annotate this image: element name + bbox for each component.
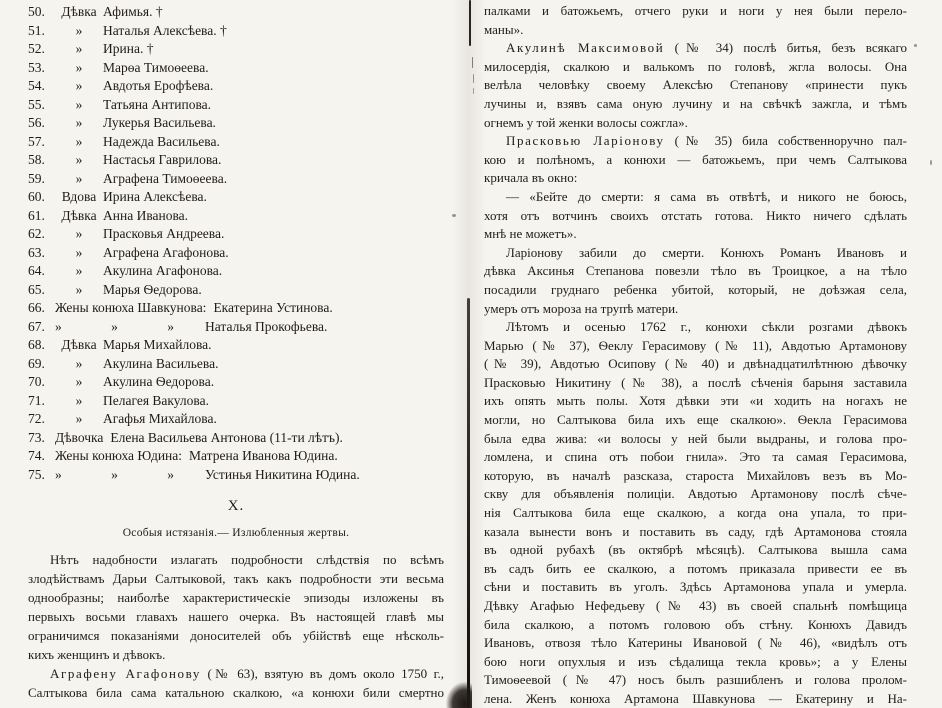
text-segment: была едва жива: «и волосы у ней были выд…	[484, 431, 907, 446]
list-item-category: Жены конюха Юдина:	[55, 447, 182, 466]
text-segment: умеръ отъ мороза на трупѣ матери.	[484, 301, 678, 316]
list-item-category: »	[55, 392, 103, 411]
list-item-name: Акулина Васильева.	[103, 355, 219, 374]
list-item-category: »	[55, 373, 103, 392]
text-segment: Лѣтомъ и осенью 1762 г., конюхи сѣкли ро…	[506, 319, 907, 334]
list-item-number: 73.	[28, 429, 55, 448]
list-item: 73.ДѣвочкаЕлена Васильева Антонова (11-т…	[28, 429, 444, 448]
book-page: 50.ДѣвкаАфимья. †51.»Наталья Алексѣева. …	[0, 0, 942, 708]
list-item: 60.ВдоваИрина Алексѣева.	[28, 188, 444, 207]
gutter-crease-dash	[473, 88, 474, 94]
text-segment: дѣвка Аксинья Степанова повезли тѣло въ …	[484, 263, 907, 278]
list-item: 61.ДѣвкаАнна Иванова.	[28, 207, 444, 226]
text-line: Ларіонову забили до смерти. Конюхъ Роман…	[484, 244, 907, 263]
list-item-number: 60.	[28, 188, 55, 207]
list-item-number: 50.	[28, 3, 55, 22]
left-column: 50.ДѣвкаАфимья. †51.»Наталья Алексѣева. …	[28, 0, 444, 702]
list-item-name: Марѳа Тимоѳеева.	[103, 59, 209, 78]
text-line: умеръ отъ мороза на трупѣ матери.	[484, 300, 907, 319]
list-item: 70.»Акулина Ѳедорова.	[28, 373, 444, 392]
text-line: скву для объявленія полиціи. Авдотью Арт…	[484, 485, 907, 504]
text-segment: (№ 39), Авдотью Осипову (№ 40) и двѣнадц…	[484, 356, 907, 371]
text-segment: Ивановъ, отвозя тѣло Катерины Ивановой (…	[484, 635, 907, 650]
ink-blot	[446, 682, 472, 708]
text-line: ломлена, и спина отъ побои гнила». Это т…	[484, 448, 907, 467]
list-item-name: Лукерья Васильева.	[103, 114, 216, 133]
list-item: 59.»Аграфена Тимоѳеева.	[28, 170, 444, 189]
list-item: 51.»Наталья Алексѣева. †	[28, 22, 444, 41]
text-line: Тимоѳеевой (№ 47) носъ былъ разшибленъ и…	[484, 671, 907, 690]
text-segment: Салтыкова била сама катальною скалкою, «…	[28, 685, 444, 700]
text-segment: кою и полѣномъ, а конюхи — батожьемъ, пр…	[484, 152, 907, 167]
text-line: Лѣтомъ и осенью 1762 г., конюхи сѣкли ро…	[484, 318, 907, 337]
text-segment: Тимоѳеевой (№ 47) носъ былъ разшибленъ и…	[484, 672, 907, 687]
list-item-category: Вдова	[55, 188, 103, 207]
text-line: маны».	[484, 21, 907, 40]
paper-speck	[452, 214, 456, 217]
right-paragraphs: палками и батожьемъ, отчего руки и ноги …	[484, 2, 907, 708]
list-item: 64.»Акулина Агафонова.	[28, 262, 444, 281]
text-line: лучины и, взявъ сама оную лучину и на св…	[484, 95, 907, 114]
list-item-number: 69.	[28, 355, 55, 374]
text-segment: кричала въ окно:	[484, 170, 577, 185]
list-item-category: »	[55, 244, 103, 263]
list-item-name: Наталья Алексѣева. †	[103, 22, 227, 41]
right-column: палками и батожьемъ, отчего руки и ноги …	[484, 0, 907, 708]
list-item-number: 53.	[28, 59, 55, 78]
text-segment: посадили груднаго ребенка убитой, которы…	[484, 282, 907, 297]
list-item-category: Дѣвка	[55, 207, 103, 226]
text-line: нія Салтыкова била еще скалкою, а когда …	[484, 504, 907, 523]
list-item: 69.»Акулина Васильева.	[28, 355, 444, 374]
list-item: 50.ДѣвкаАфимья. †	[28, 3, 444, 22]
list-item-number: 74.	[28, 447, 55, 466]
text-line: огнемъ у той женки волосы сожгла».	[484, 114, 907, 133]
text-line: которую, въ началѣ разсказа, староста Ми…	[484, 467, 907, 486]
list-item-number: 67.	[28, 318, 55, 337]
text-line: Прасковью Ларіонову (№ 35) била собствен…	[484, 132, 907, 151]
text-segment: лучины и, взявъ сама оную лучину и на св…	[484, 96, 907, 111]
text-segment: могли, но Салтыкова била ихъ еще скалкою…	[484, 412, 907, 427]
text-line: милосердія, скалкою и валькомъ по головѣ…	[484, 58, 907, 77]
list-item-name: Матрена Иванова Юдина.	[189, 447, 338, 466]
gutter-crease-dash	[472, 57, 473, 68]
list-item-number: 52.	[28, 40, 55, 59]
list-item: 74.Жены конюха Юдина:Матрена Иванова Юди…	[28, 447, 444, 466]
text-segment: Марью (№ 37), Ѳеклу Герасимову (№ 11), А…	[484, 338, 907, 353]
text-line: мнѣ не можетъ».	[484, 225, 907, 244]
paragraph: палками и батожьемъ, отчего руки и ноги …	[484, 2, 907, 39]
list-item-number: 63.	[28, 244, 55, 263]
text-segment: нія Салтыкова била еще скалкою, а когда …	[484, 505, 907, 520]
text-line: ихъ опять мыть полы. Хотя дѣвки эти «и х…	[484, 392, 907, 411]
victims-list: 50.ДѣвкаАфимья. †51.»Наталья Алексѣева. …	[28, 0, 444, 484]
text-line: злодѣйствамъ Дарьи Салтыковой, такъ какъ…	[28, 569, 444, 588]
list-item: 58.»Настасья Гаврилова.	[28, 151, 444, 170]
list-item: 56.»Лукерья Васильева.	[28, 114, 444, 133]
text-line: казала вынести вонъ и поставить въ саду,…	[484, 523, 907, 542]
list-item-name: Марья Ѳедорова.	[103, 281, 202, 300]
list-item-category: »	[55, 40, 103, 59]
list-item-name: Акулина Ѳедорова.	[103, 373, 214, 392]
text-segment: велѣла человѣку своему Алексѣю Степанову…	[484, 77, 907, 92]
paragraph: Акулинѣ Максимовой (№ 34) послѣ битья, б…	[484, 39, 907, 132]
list-item-number: 54.	[28, 77, 55, 96]
text-line: Дѣвку Агафью Нефедьеву (№ 43) въ своей с…	[484, 597, 907, 616]
list-item: 52.»Ирина. †	[28, 40, 444, 59]
list-item-category: »	[55, 281, 103, 300]
text-line: сѣни и поставить въ уголъ. Здѣсь Артамон…	[484, 578, 907, 597]
text-segment: ограничимся показаніями доносителей объ …	[28, 628, 444, 643]
paragraph: — «Бейте до смерти: я сама въ отвѣтѣ, и …	[484, 188, 907, 244]
emphasized-name: Прасковью Ларіонову	[506, 133, 665, 148]
list-item-name: Надежда Васильева.	[103, 133, 220, 152]
list-item-category: »	[55, 22, 103, 41]
list-item-category: »	[55, 96, 103, 115]
text-segment: злодѣйствамъ Дарьи Салтыковой, такъ какъ…	[28, 571, 444, 586]
text-line: кричала въ окно:	[484, 169, 907, 188]
chapter-number: X.	[28, 497, 444, 516]
list-item: 75.» » »Устинья Никитина Юдина.	[28, 466, 444, 485]
text-segment: сѣни и поставить въ уголъ. Здѣсь Артамон…	[484, 579, 907, 594]
text-segment: казала вынести вонъ и поставить въ саду,…	[484, 524, 907, 539]
list-item: 65.»Марья Ѳедорова.	[28, 281, 444, 300]
list-item-name: Ирина Алексѣева.	[103, 188, 207, 207]
list-item-category: Дѣвка	[55, 336, 103, 355]
list-item-name: Акулина Агафонова.	[103, 262, 222, 281]
text-segment: скву для объявленія полиціи. Авдотью Арт…	[484, 486, 907, 501]
text-segment: — «Бейте до смерти: я сама въ отвѣтѣ, и …	[506, 189, 907, 204]
emphasized-name: Аграфену Агафонову	[50, 666, 201, 681]
list-item: 63.»Аграфена Агафонова.	[28, 244, 444, 263]
text-line: посадили груднаго ребенка убитой, которы…	[484, 281, 907, 300]
list-item: 54.»Авдотья Ерофѣева.	[28, 77, 444, 96]
list-item-name: Татьяна Антипова.	[103, 96, 211, 115]
paragraph: Нѣтъ надобности излагать подробности слѣ…	[28, 550, 444, 664]
list-item: 53.»Марѳа Тимоѳеева.	[28, 59, 444, 78]
text-segment: первыхъ восьми главахъ нашего очерка. Въ…	[28, 609, 444, 624]
paragraph: Ларіонову забили до смерти. Конюхъ Роман…	[484, 244, 907, 318]
text-line: кою и полѣномъ, а конюхи — батожьемъ, пр…	[484, 151, 907, 170]
list-item: 67.» » »Наталья Прокофьева.	[28, 318, 444, 337]
list-item-number: 56.	[28, 114, 55, 133]
list-item-number: 72.	[28, 410, 55, 429]
emphasized-name: Акулинѣ Максимовой	[506, 40, 664, 55]
chapter-subtitle: Особыя истязанія.— Излюбленныя жертвы.	[28, 526, 444, 541]
text-segment: маны».	[484, 22, 523, 37]
gutter-crease-line	[467, 298, 470, 708]
text-line: (№ 39), Авдотью Осипову (№ 40) и двѣнадц…	[484, 355, 907, 374]
list-item-category: »	[55, 114, 103, 133]
text-segment: (№ 34) послѣ битья, безъ всякаго	[664, 40, 907, 55]
text-segment: бою ноги опухлыя и изъ сѣдалища текла кр…	[484, 654, 907, 669]
text-line: Нѣтъ надобности излагать подробности слѣ…	[28, 550, 444, 569]
list-item-number: 65.	[28, 281, 55, 300]
text-segment: мнѣ не можетъ».	[484, 226, 577, 241]
list-item-category: » » »	[55, 466, 174, 485]
list-item-number: 64.	[28, 262, 55, 281]
text-segment: въ садъ бить ее скалкою, а потомъ приказ…	[484, 561, 907, 576]
list-item-name: Наталья Прокофьева.	[205, 318, 327, 337]
list-item-name: Марья Михайлова.	[103, 336, 212, 355]
list-item-name: Настасья Гаврилова.	[103, 151, 221, 170]
list-item-category: »	[55, 170, 103, 189]
list-item-number: 61.	[28, 207, 55, 226]
list-item-category: »	[55, 225, 103, 244]
list-item-category: Дѣвка	[55, 3, 103, 22]
text-segment: однообразны; наиболѣе характеристическіе…	[28, 590, 444, 605]
list-item-number: 66.	[28, 299, 55, 318]
list-item-number: 55.	[28, 96, 55, 115]
text-line: Акулинѣ Максимовой (№ 34) послѣ битья, б…	[484, 39, 907, 58]
list-item-category: »	[55, 355, 103, 374]
text-line: Прасковью Никитину (№ 38), а послѣ сѣчен…	[484, 374, 907, 393]
text-line: первыхъ восьми главахъ нашего очерка. Въ…	[28, 607, 444, 626]
list-item-category: Жены конюха Шавкунова:	[55, 299, 206, 318]
text-segment: Нѣтъ надобности излагать подробности слѣ…	[50, 552, 444, 567]
list-item-name: Афимья. †	[103, 3, 163, 22]
list-item: 68.ДѣвкаМарья Михайлова.	[28, 336, 444, 355]
text-line: въ одной рубахѣ (въ октябрѣ мѣсяцѣ). Сал…	[484, 541, 907, 560]
list-item-number: 68.	[28, 336, 55, 355]
list-item-number: 70.	[28, 373, 55, 392]
text-segment: била скалкою, а потомъ головою объ стѣну…	[484, 617, 907, 632]
list-item-name: Анна Иванова.	[103, 207, 188, 226]
list-item-category: » » »	[55, 318, 174, 337]
text-line: лена. Женъ конюха Артамона Шавкунова — Е…	[484, 690, 907, 708]
text-segment: хотя отъ вотчинъ своихъ отстать готова. …	[484, 208, 907, 223]
text-line: палками и батожьемъ, отчего руки и ноги …	[484, 2, 907, 21]
text-line: Салтыкова била сама катальною скалкою, «…	[28, 683, 444, 702]
text-segment: огнемъ у той женки волосы сожгла».	[484, 115, 688, 130]
list-item-name: Аграфена Тимоѳеева.	[103, 170, 227, 189]
paper-speck	[914, 44, 917, 47]
text-segment: въ одной рубахѣ (въ октябрѣ мѣсяцѣ). Сал…	[484, 542, 907, 557]
list-item-number: 59.	[28, 170, 55, 189]
paragraph: Лѣтомъ и осенью 1762 г., конюхи сѣкли ро…	[484, 318, 907, 708]
text-line: въ садъ бить ее скалкою, а потомъ приказ…	[484, 560, 907, 579]
text-segment: Дѣвку Агафью Нефедьеву (№ 43) въ своей с…	[484, 598, 907, 613]
text-segment: (№ 63), взятую въ домъ около 1750 г.,	[201, 666, 444, 681]
paragraph: Аграфену Агафонову (№ 63), взятую въ дом…	[28, 664, 444, 702]
list-item-number: 75.	[28, 466, 55, 485]
text-line: кихъ женщинъ и дѣвокъ.	[28, 645, 444, 664]
list-item-number: 51.	[28, 22, 55, 41]
text-segment: (№ 35) била собственноручно пал-	[665, 133, 907, 148]
list-item: 66.Жены конюха Шавкунова:Екатерина Устин…	[28, 299, 444, 318]
list-item-category: »	[55, 410, 103, 429]
list-item-name: Авдотья Ерофѣева.	[103, 77, 213, 96]
text-segment: которую, въ началѣ разсказа, староста Ми…	[484, 468, 907, 483]
list-item-category: »	[55, 59, 103, 78]
list-item-category: »	[55, 133, 103, 152]
paragraph: Прасковью Ларіонову (№ 35) била собствен…	[484, 132, 907, 188]
list-item-name: Екатерина Устинова.	[213, 299, 332, 318]
text-segment: ломлена, и спина отъ побои гнила». Это т…	[484, 449, 907, 464]
paper-speck	[930, 160, 932, 165]
text-line: бою ноги опухлыя и изъ сѣдалища текла кр…	[484, 653, 907, 672]
list-item-name: Агафья Михайлова.	[103, 410, 217, 429]
list-item-name: Прасковья Андреева.	[103, 225, 224, 244]
list-item-category: Дѣвочка	[55, 429, 103, 448]
text-line: дѣвка Аксинья Степанова повезли тѣло въ …	[484, 262, 907, 281]
text-line: велѣла человѣку своему Алексѣю Степанову…	[484, 76, 907, 95]
text-line: однообразны; наиболѣе характеристическіе…	[28, 588, 444, 607]
list-item-number: 57.	[28, 133, 55, 152]
list-item-number: 58.	[28, 151, 55, 170]
list-item-number: 71.	[28, 392, 55, 411]
list-item: 71.»Пелагея Вакулова.	[28, 392, 444, 411]
list-item-category: »	[55, 77, 103, 96]
text-segment: кихъ женщинъ и дѣвокъ.	[28, 647, 165, 662]
list-item: 72.»Агафья Михайлова.	[28, 410, 444, 429]
list-item-number: 62.	[28, 225, 55, 244]
list-item-category: »	[55, 151, 103, 170]
text-line: Ивановъ, отвозя тѣло Катерины Ивановой (…	[484, 634, 907, 653]
left-paragraphs: Нѣтъ надобности излагать подробности слѣ…	[28, 550, 444, 702]
list-item-name: Устинья Никитина Юдина.	[205, 466, 360, 485]
list-item-name: Аграфена Агафонова.	[103, 244, 229, 263]
text-segment: Ларіонову забили до смерти. Конюхъ Роман…	[506, 245, 907, 260]
text-segment: Прасковью Никитину (№ 38), а послѣ сѣчен…	[484, 375, 907, 390]
list-item: 57.»Надежда Васильева.	[28, 133, 444, 152]
text-segment: лена. Женъ конюха Артамона Шавкунова — Е…	[484, 691, 907, 706]
text-line: была едва жива: «и волосы у ней были выд…	[484, 430, 907, 449]
list-item-category: »	[55, 262, 103, 281]
text-line: била скалкою, а потомъ головою объ стѣну…	[484, 616, 907, 635]
text-line: — «Бейте до смерти: я сама въ отвѣтѣ, и …	[484, 188, 907, 207]
text-segment: милосердія, скалкою и валькомъ по головѣ…	[484, 59, 907, 74]
text-line: хотя отъ вотчинъ своихъ отстать готова. …	[484, 207, 907, 226]
list-item-name: Пелагея Вакулова.	[103, 392, 209, 411]
gutter-crease-line	[469, 0, 471, 46]
list-item-name: Елена Васильева Антонова (11-ти лѣтъ).	[110, 429, 343, 448]
gutter-crease-dash	[473, 74, 474, 83]
list-item: 62.»Прасковья Андреева.	[28, 225, 444, 244]
text-line: Марью (№ 37), Ѳеклу Герасимову (№ 11), А…	[484, 337, 907, 356]
text-segment: ихъ опять мыть полы. Хотя дѣвки эти «и х…	[484, 393, 907, 408]
text-line: Аграфену Агафонову (№ 63), взятую въ дом…	[28, 664, 444, 683]
text-line: ограничимся показаніями доносителей объ …	[28, 626, 444, 645]
text-line: могли, но Салтыкова била ихъ еще скалкою…	[484, 411, 907, 430]
list-item-name: Ирина. †	[103, 40, 153, 59]
list-item: 55.»Татьяна Антипова.	[28, 96, 444, 115]
text-segment: палками и батожьемъ, отчего руки и ноги …	[484, 3, 907, 18]
